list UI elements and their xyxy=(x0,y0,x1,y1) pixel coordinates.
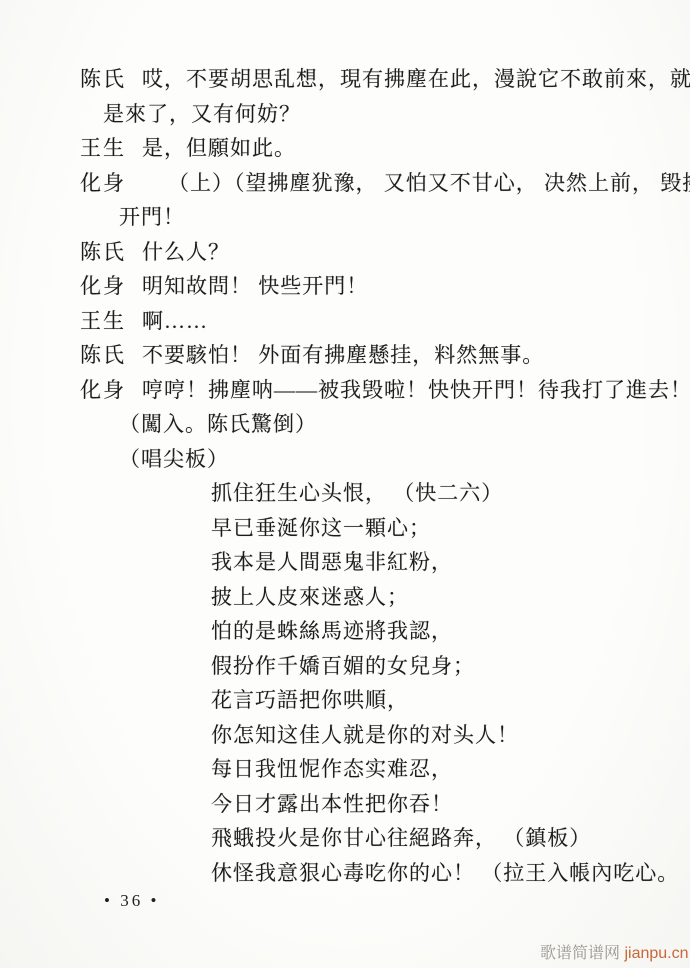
verse-line: 披上人皮來迷惑人； xyxy=(0,580,690,615)
scanned-script-page: 陈氏哎，不要胡思乱想，現有拂塵在此，漫說它不敢前來，就 是來了，又有何妨？ 王生… xyxy=(0,0,690,968)
verse-text: 休怪我意狠心毒吃你的心！ （拉王入帳內吃心。 xyxy=(211,861,679,885)
verse-text: 披上人皮來迷惑人； xyxy=(211,585,409,609)
verse-text: 抓住狂生心头恨， （快二六） xyxy=(211,481,503,505)
dialogue-text: 明知故問！ 快些开門！ xyxy=(142,274,368,298)
verse-text: 我本是人間惡鬼非紅粉， xyxy=(211,550,453,574)
verse-line: 怕的是蛛絲馬迹將我認， xyxy=(0,614,690,649)
verse-line: 今日才露出本性把你吞！ xyxy=(0,787,690,822)
dialogue-line: 化身哼哼！拂塵呐——被我毁啦！快快开門！待我打了進去！ xyxy=(0,373,690,408)
speaker-label: 化身 xyxy=(80,166,168,201)
verse-text: 假扮作千嬌百媚的女兒身； xyxy=(211,654,475,678)
watermark-url: jianpu.cn xyxy=(624,945,688,962)
verse-line: 抓住狂生心头恨， （快二六） xyxy=(0,476,690,511)
verse-text: 今日才露出本性把你吞！ xyxy=(211,792,453,816)
dialogue-text: 啊…… xyxy=(142,309,208,333)
speaker-label: 陈氏 xyxy=(80,235,142,270)
dialogue-text: 哎，不要胡思乱想，現有拂塵在此，漫說它不敢前來，就 xyxy=(142,67,690,91)
dialogue-text: 什么人？ xyxy=(142,240,230,264)
verse-text: 早已垂涎你这一顆心； xyxy=(211,516,431,540)
stage-direction-text: （上）（望拂塵犹豫， 又怕又不甘心， 决然上前， 毁拂塵） xyxy=(168,171,690,195)
verse-line: 早已垂涎你这一顆心； xyxy=(0,511,690,546)
verse-line: 我本是人間惡鬼非紅粉， xyxy=(0,545,690,580)
dialogue-line: 王生是，但願如此。 xyxy=(0,131,690,166)
dialogue-line: 陈氏不要駭怕！ 外面有拂塵懸挂，料然無事。 xyxy=(0,338,690,373)
verse-line: 飛蛾投火是你甘心往絕路奔， （鎮板） xyxy=(0,821,690,856)
watermark: 歌谱简谱网 jianpu.cn xyxy=(540,940,689,963)
verse-text: 花言巧語把你哄順， xyxy=(211,688,409,712)
stage-direction: （闖入。陈氏驚倒） xyxy=(0,407,690,442)
dialogue-text: 不要駭怕！ 外面有拂塵懸挂，料然無事。 xyxy=(142,343,544,367)
verse-text: 你怎知这佳人就是你的对头人！ xyxy=(211,723,519,747)
dialogue-text: 开門！ xyxy=(119,205,185,229)
dialogue-continuation: 是來了，又有何妨？ xyxy=(0,97,690,132)
verse-line: 花言巧語把你哄順， xyxy=(0,683,690,718)
speaker-label: 化身 xyxy=(80,269,142,304)
verse-text: 每日我忸怩作态实难忍， xyxy=(211,757,453,781)
speaker-label: 陈氏 xyxy=(80,338,142,373)
dialogue-continuation: 开門！ xyxy=(0,200,690,235)
dialogue-text: 哼哼！拂塵呐——被我毁啦！快快开門！待我打了進去！ xyxy=(142,378,690,402)
dialogue-line: 化身（上）（望拂塵犹豫， 又怕又不甘心， 决然上前， 毁拂塵） xyxy=(0,166,690,201)
stage-direction-text: （唱尖板） xyxy=(119,447,229,471)
dialogue-text: 是，但願如此。 xyxy=(142,136,296,160)
verse-line: 休怪我意狠心毒吃你的心！ （拉王入帳內吃心。 xyxy=(0,856,690,891)
verse-text: 飛蛾投火是你甘心往絕路奔， （鎮板） xyxy=(211,826,591,850)
speaker-label: 王生 xyxy=(80,304,142,339)
dialogue-text: 是來了，又有何妨？ xyxy=(103,102,301,126)
text-block: 陈氏哎，不要胡思乱想，現有拂塵在此，漫說它不敢前來，就 是來了，又有何妨？ 王生… xyxy=(0,62,690,890)
speaker-label: 王生 xyxy=(80,131,142,166)
dialogue-line: 陈氏哎，不要胡思乱想，現有拂塵在此，漫說它不敢前來，就 xyxy=(0,62,690,97)
dialogue-line: 陈氏什么人？ xyxy=(0,235,690,270)
watermark-site-name: 歌谱简谱网 xyxy=(540,945,620,962)
dialogue-line: 王生啊…… xyxy=(0,304,690,339)
verse-line: 假扮作千嬌百媚的女兒身； xyxy=(0,649,690,684)
stage-direction: （唱尖板） xyxy=(0,442,690,477)
verse-text: 怕的是蛛絲馬迹將我認， xyxy=(211,619,453,643)
verse-line: 每日我忸怩作态实难忍， xyxy=(0,752,690,787)
page-number: • 36 • xyxy=(104,891,159,911)
speaker-label: 化身 xyxy=(80,373,142,408)
dialogue-line: 化身明知故問！ 快些开門！ xyxy=(0,269,690,304)
stage-direction-text: （闖入。陈氏驚倒） xyxy=(119,412,317,436)
verse-line: 你怎知这佳人就是你的对头人！ xyxy=(0,718,690,753)
speaker-label: 陈氏 xyxy=(80,62,142,97)
